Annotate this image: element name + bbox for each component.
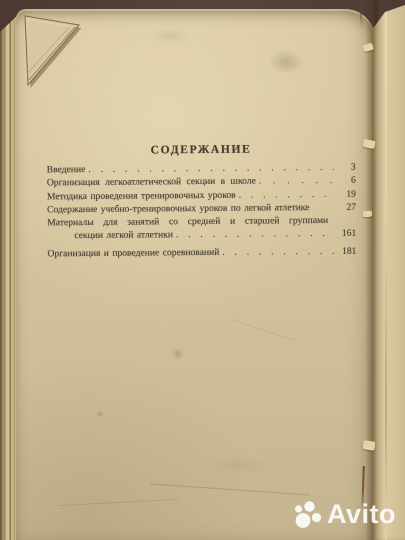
table-of-contents: СОДЕРЖАНИЕ Введение 3 Организация легкоа… — [46, 142, 356, 261]
toc-page-number: 6 — [334, 174, 356, 187]
dot-leader — [219, 245, 334, 259]
toc-row: Методика проведения тренировочных уроков… — [47, 187, 356, 203]
torn-paper-edge — [362, 440, 375, 451]
toc-page-number: 3 — [334, 161, 356, 174]
dot-leader — [256, 174, 334, 188]
facing-page-edge — [372, 0, 405, 540]
dot-leader — [173, 227, 334, 242]
book-photo: СОДЕРЖАНИЕ Введение 3 Организация легкоа… — [0, 0, 405, 540]
toc-page-number: 161 — [334, 227, 356, 240]
toc-entry-text: секции легкой атлетики — [74, 228, 173, 242]
avito-watermark-label: Avito — [327, 501, 396, 528]
avito-watermark: Avito — [291, 500, 396, 529]
toc-row: секции легкой атлетики 161 — [47, 227, 356, 243]
toc-title: СОДЕРЖАНИЕ — [46, 142, 355, 158]
folded-corner — [12, 6, 92, 96]
toc-page-number: 27 — [334, 200, 356, 213]
toc-entry-text: Введение — [47, 163, 86, 177]
avito-logo-icon — [291, 500, 324, 529]
toc-page-number: 181 — [334, 245, 356, 258]
toc-entry-text: Организация и проведение соревнований — [47, 246, 219, 261]
dot-leader — [236, 187, 334, 201]
toc-row: Организация и проведение соревнований 18… — [47, 245, 356, 261]
torn-paper-edge — [363, 211, 373, 218]
toc-page-number: 19 — [334, 187, 356, 200]
